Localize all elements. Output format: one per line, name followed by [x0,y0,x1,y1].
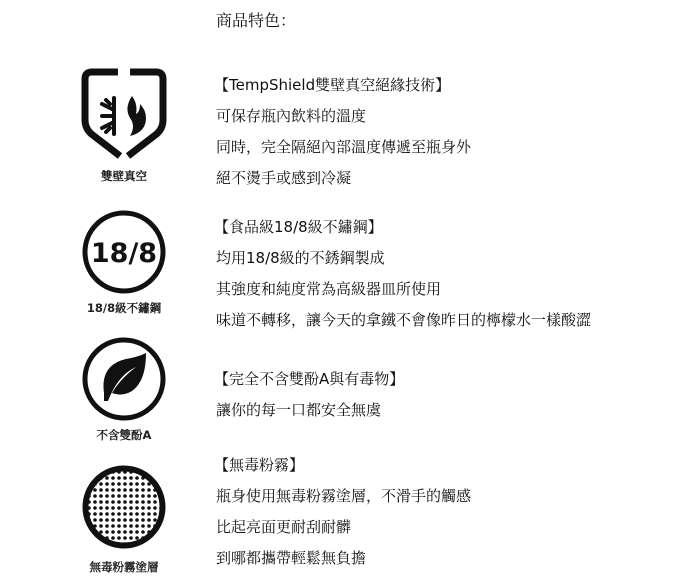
feature-line: 瓶身使用無毒粉霧塗層，不滑手的觸感 [216,481,471,512]
feature-line: 到哪都攜帶輕鬆無負擔 [216,543,471,574]
feature-line: 味道不轉移，讓今天的拿鐵不會像昨日的檸檬水一樣酸澀 [216,305,591,336]
feature-text-stainless: 【食品級18/8級不鏽鋼】 均用18/8級的不銹鋼製成 其強度和純度常為高級器皿… [216,212,591,336]
feature-line: 絕不燙手或感到冷凝 [216,163,471,194]
icon-label: 不含雙酚A [62,427,186,443]
feature-line: 可保存瓶內飲料的溫度 [216,101,471,132]
feature-line: 比起亮面更耐刮耐髒 [216,512,471,543]
feature-line: 其強度和純度常為高級器皿所使用 [216,274,591,305]
icon-label: 無毒粉霧塗層 [62,559,186,575]
feature-heading: 【完全不含雙酚A與有毒物】 [214,364,404,395]
feature-line: 讓你的每一口都安全無虞 [216,395,404,426]
feature-heading: 【TempShield雙壁真空絕緣技術】 [214,70,471,101]
feature-line: 同時，完全隔絕內部溫度傳遞至瓶身外 [216,132,471,163]
circle-18-8-icon: 18/8 [80,208,168,296]
feature-text-powder-coat: 【無毒粉霧】 瓶身使用無毒粉霧塗層，不滑手的觸感 比起亮面更耐刮耐髒 到哪都攜帶… [216,450,471,574]
leaf-circle-icon [80,335,168,423]
icon-label: 18/8級不鏽鋼 [62,300,186,316]
feature-text-double-wall: 【TempShield雙壁真空絕緣技術】 可保存瓶內飲料的溫度 同時，完全隔絕內… [216,70,471,194]
feature-line: 均用18/8級的不銹鋼製成 [216,243,591,274]
feature-heading: 【食品級18/8級不鏽鋼】 [214,212,591,243]
feature-icon-powder-coat: 無毒粉霧塗層 [62,463,186,575]
svg-text:18/8: 18/8 [91,238,157,269]
dotted-circle-icon [80,463,168,551]
feature-text-bpa-free: 【完全不含雙酚A與有毒物】 讓你的每一口都安全無虞 [216,364,404,426]
feature-icon-stainless: 18/8 18/8級不鏽鋼 [62,208,186,316]
feature-icon-double-wall: 雙壁真空 [62,68,186,184]
page-title: 商品特色： [216,10,296,32]
feature-heading: 【無毒粉霧】 [214,450,471,481]
feature-icon-bpa-free: 不含雙酚A [62,335,186,443]
icon-label: 雙壁真空 [62,168,186,184]
shield-snowflake-flame-icon [80,68,168,162]
